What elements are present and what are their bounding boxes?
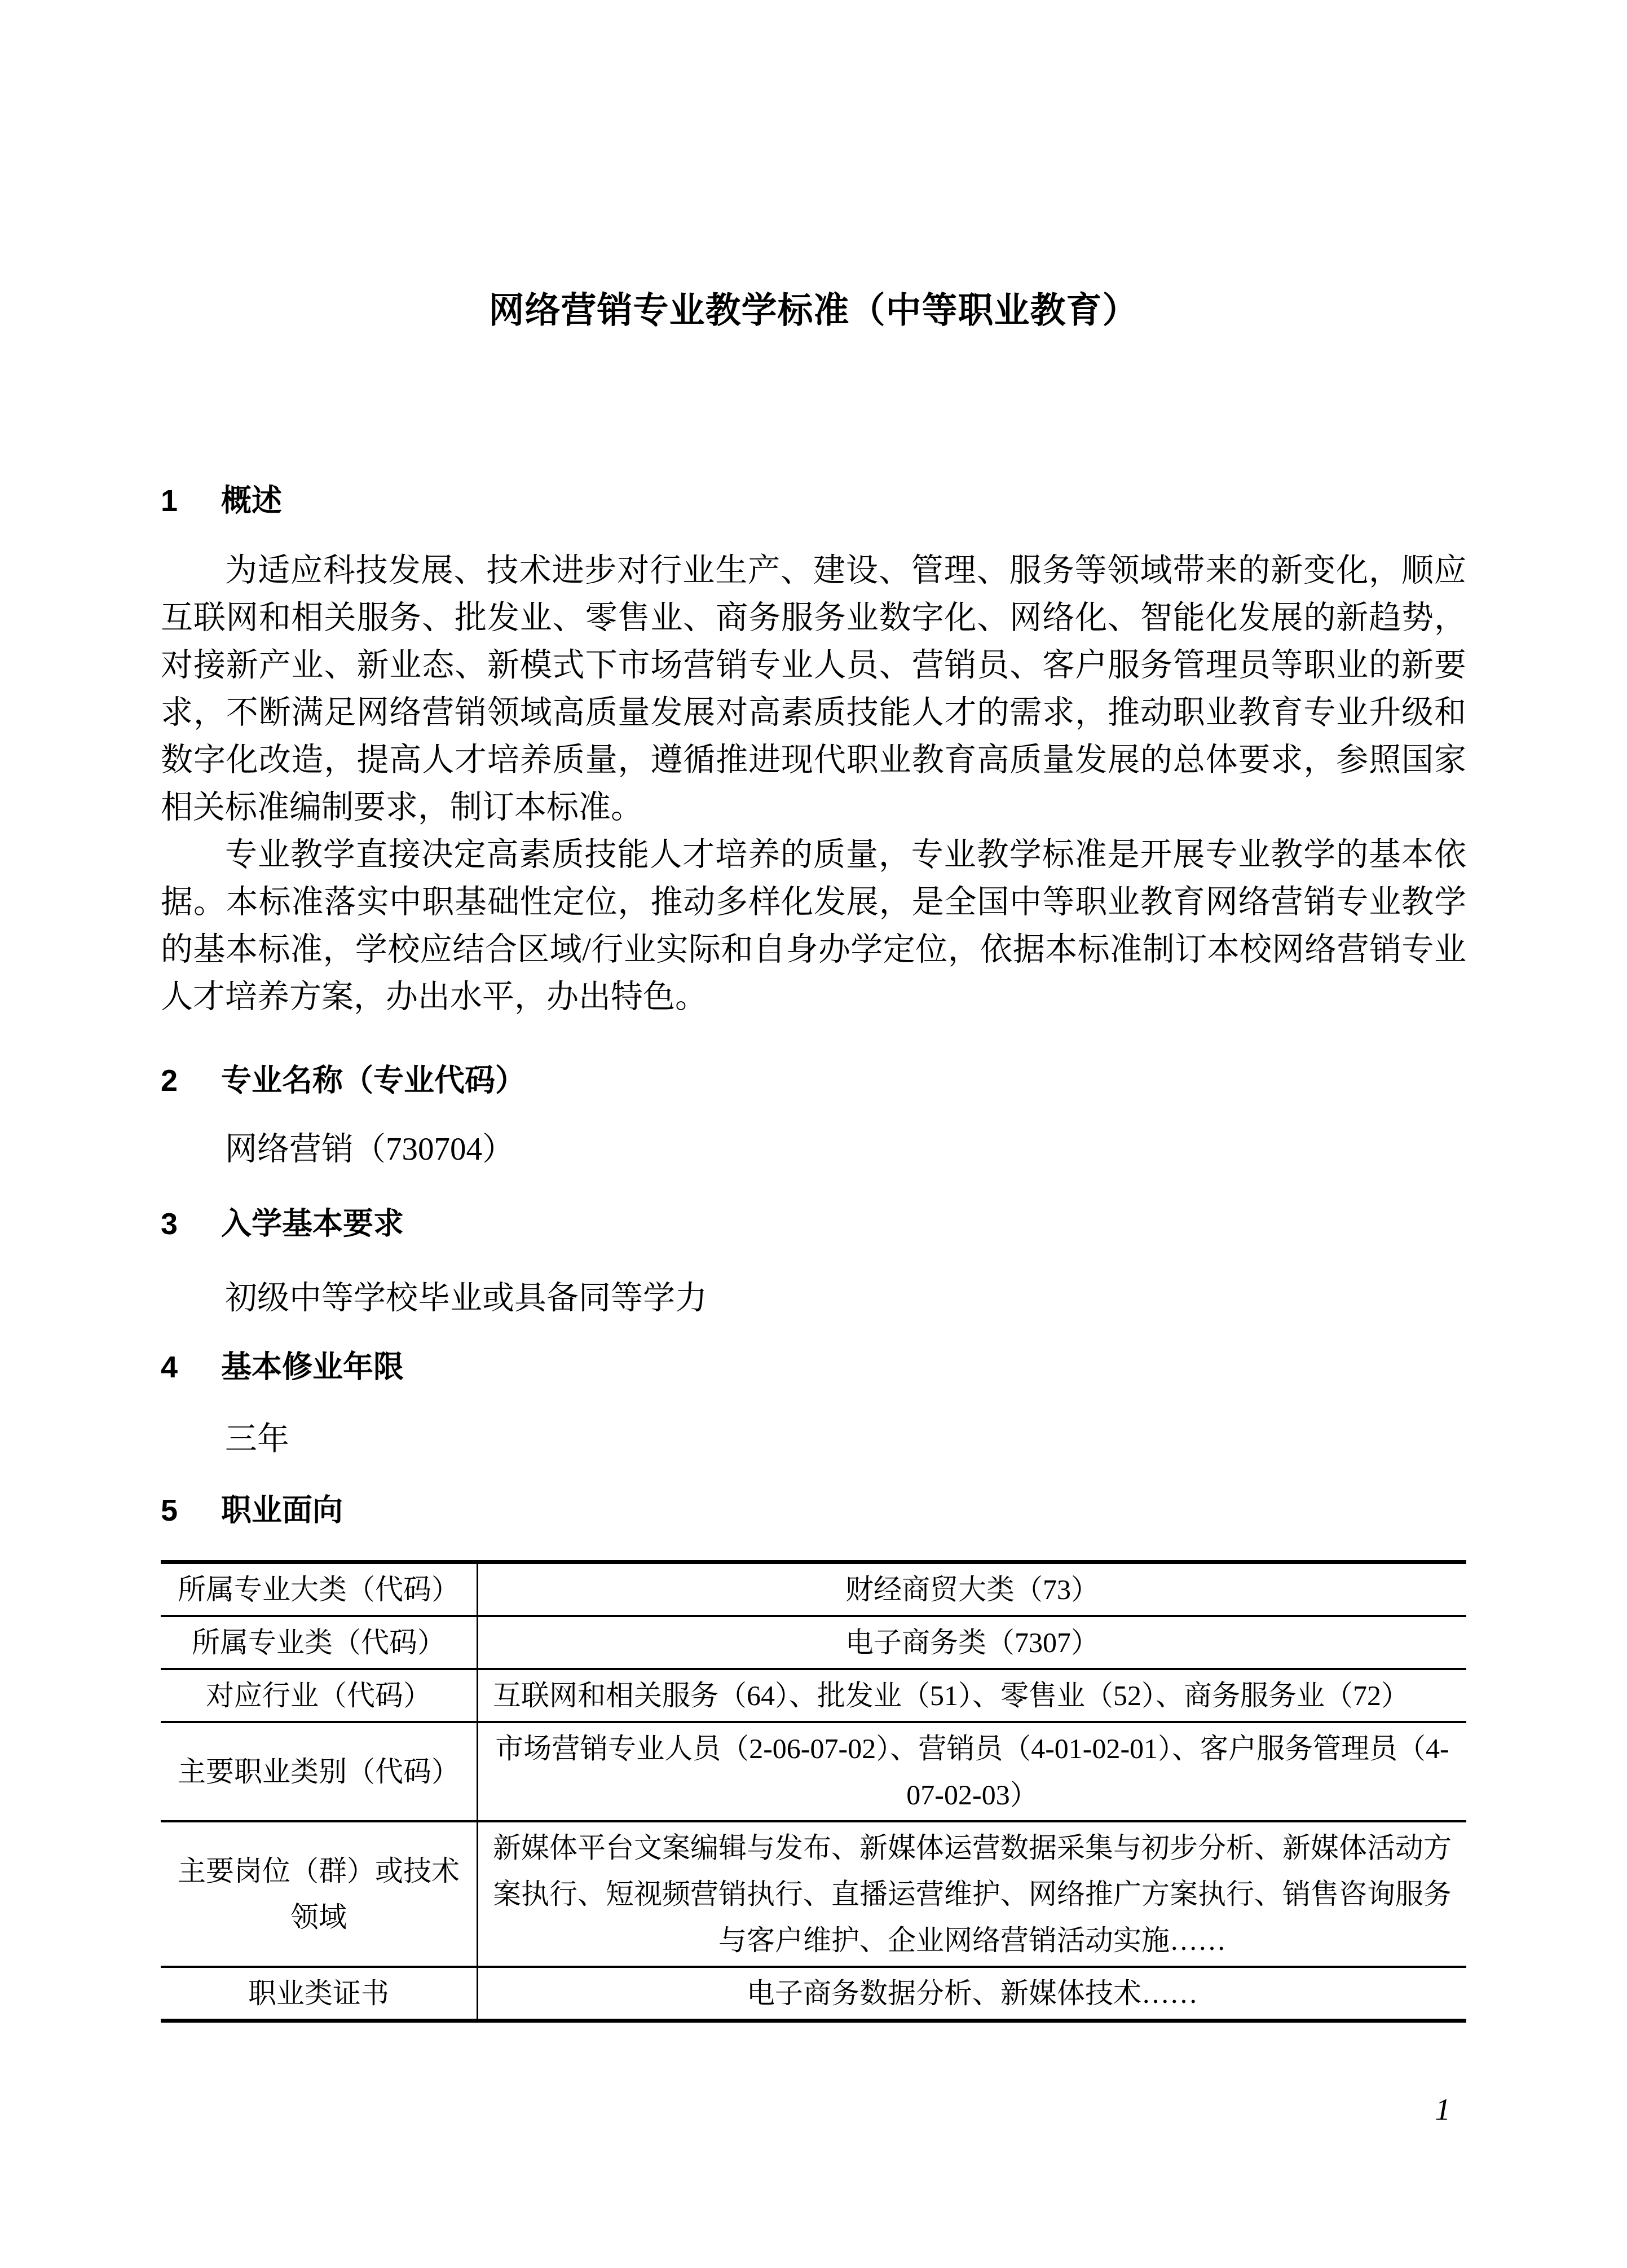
section-number: 4 bbox=[161, 1349, 221, 1385]
table-row: 职业类证书 电子商务数据分析、新媒体技术…… bbox=[161, 1967, 1466, 2021]
table-row-label: 职业类证书 bbox=[161, 1967, 478, 2021]
overview-paragraph-2: 专业教学直接决定高素质技能人才培养的质量，专业教学标准是开展专业教学的基本依据。… bbox=[161, 831, 1466, 1021]
table-row-label: 所属专业大类（代码） bbox=[161, 1562, 478, 1617]
section-heading-career-orientation: 5职业面向 bbox=[161, 1492, 1466, 1529]
section-heading-entry-requirement: 3入学基本要求 bbox=[161, 1206, 1466, 1242]
table-row-value: 电子商务类（7307） bbox=[478, 1616, 1467, 1669]
entry-requirement-line: 初级中等学校毕业或具备同等学力 bbox=[161, 1275, 1466, 1322]
table-row: 主要岗位（群）或技术领域 新媒体平台文案编辑与发布、新媒体运营数据采集与初步分析… bbox=[161, 1821, 1466, 1967]
section-heading-text: 职业面向 bbox=[221, 1494, 343, 1527]
page-number: 1 bbox=[161, 2091, 1466, 2128]
section-heading-overview: 1概述 bbox=[161, 483, 1466, 519]
major-name-line: 网络营销（730704） bbox=[161, 1126, 1466, 1173]
table-row-label: 主要岗位（群）或技术领域 bbox=[161, 1821, 478, 1967]
table-row-value: 互联网和相关服务（64）、批发业（51）、零售业（52）、商务服务业（72） bbox=[478, 1669, 1467, 1722]
table-row-label: 对应行业（代码） bbox=[161, 1669, 478, 1722]
table-row-value: 财经商贸大类（73） bbox=[478, 1562, 1467, 1617]
table-row-value: 市场营销专业人员（2-06-07-02）、营销员（4-01-02-01）、客户服… bbox=[478, 1722, 1467, 1821]
table-row: 对应行业（代码） 互联网和相关服务（64）、批发业（51）、零售业（52）、商务… bbox=[161, 1669, 1466, 1722]
study-duration-line: 三年 bbox=[161, 1416, 1466, 1463]
document-page: 网络营销专业教学标准（中等职业教育） 1概述 为适应科技发展、技术进步对行业生产… bbox=[0, 0, 1627, 2268]
section-number: 2 bbox=[161, 1063, 221, 1099]
overview-paragraphs: 为适应科技发展、技术进步对行业生产、建设、管理、服务等领域带来的新变化，顺应互联… bbox=[161, 547, 1466, 1021]
section-heading-text: 入学基本要求 bbox=[221, 1207, 404, 1241]
table-row-label: 所属专业类（代码） bbox=[161, 1616, 478, 1669]
page-content: 网络营销专业教学标准（中等职业教育） 1概述 为适应科技发展、技术进步对行业生产… bbox=[161, 0, 1466, 2128]
section-heading-text: 基本修业年限 bbox=[221, 1350, 404, 1384]
section-heading-study-duration: 4基本修业年限 bbox=[161, 1349, 1466, 1385]
section-heading-text: 专业名称（专业代码） bbox=[221, 1064, 526, 1098]
section-number: 1 bbox=[161, 483, 221, 519]
table-row-value: 新媒体平台文案编辑与发布、新媒体运营数据采集与初步分析、新媒体活动方案执行、短视… bbox=[478, 1821, 1467, 1967]
section-heading-text: 概述 bbox=[221, 484, 282, 518]
table-row: 所属专业大类（代码） 财经商贸大类（73） bbox=[161, 1562, 1466, 1617]
table-row: 主要职业类别（代码） 市场营销专业人员（2-06-07-02）、营销员（4-01… bbox=[161, 1722, 1466, 1821]
section-heading-major-name: 2专业名称（专业代码） bbox=[161, 1063, 1466, 1099]
career-orientation-table: 所属专业大类（代码） 财经商贸大类（73） 所属专业类（代码） 电子商务类（73… bbox=[161, 1560, 1466, 2023]
document-title: 网络营销专业教学标准（中等职业教育） bbox=[161, 0, 1466, 332]
table-row-value: 电子商务数据分析、新媒体技术…… bbox=[478, 1967, 1467, 2021]
section-number: 3 bbox=[161, 1206, 221, 1242]
overview-paragraph-1: 为适应科技发展、技术进步对行业生产、建设、管理、服务等领域带来的新变化，顺应互联… bbox=[161, 547, 1466, 831]
table-row: 所属专业类（代码） 电子商务类（7307） bbox=[161, 1616, 1466, 1669]
table-row-label: 主要职业类别（代码） bbox=[161, 1722, 478, 1821]
section-number: 5 bbox=[161, 1492, 221, 1529]
